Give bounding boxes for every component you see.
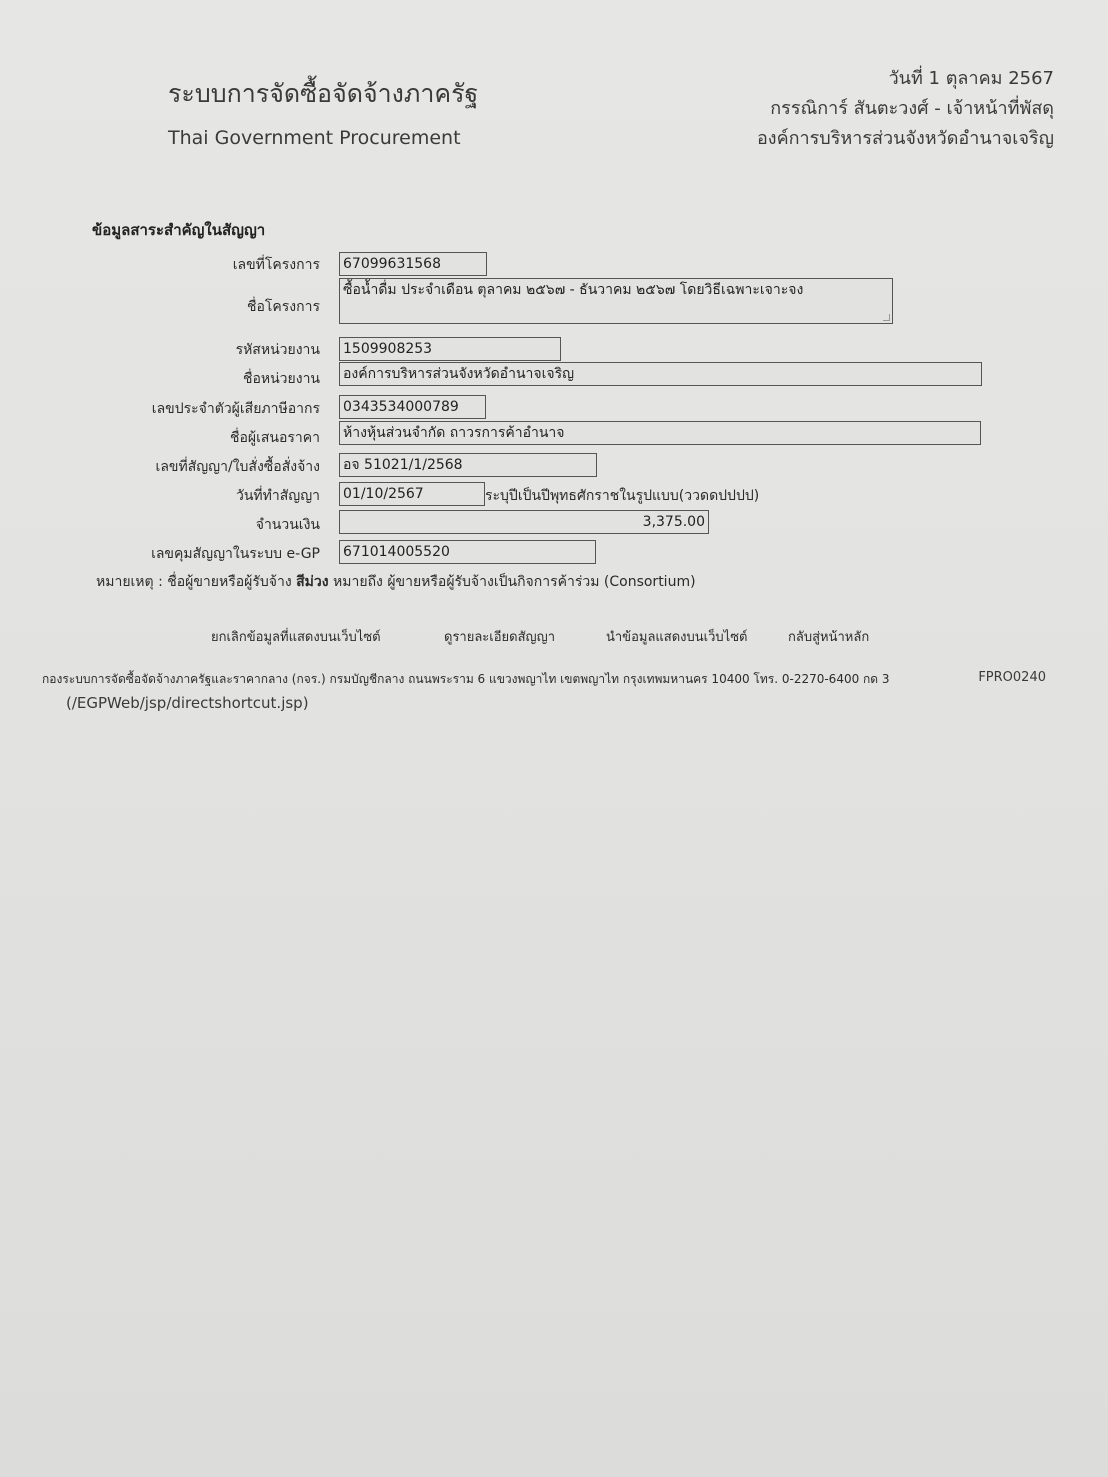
- note-suffix: หมายถึง ผู้ขายหรือผู้รับจ้างเป็นกิจการค้…: [329, 574, 696, 590]
- header-date: วันที่ 1 ตุลาคม 2567: [757, 64, 1054, 94]
- amount-label: จำนวนเงิน: [60, 514, 320, 536]
- system-title-th: ระบบการจัดซื้อจัดจ้างภาครัฐ: [168, 74, 478, 114]
- consortium-note: หมายเหตุ : ชื่อผู้ขายหรือผู้รับจ้าง สีม่…: [96, 571, 696, 593]
- note-prefix: หมายเหตุ : ชื่อผู้ขายหรือผู้รับจ้าง: [96, 574, 296, 590]
- contract-date-label: วันที่ทำสัญญา: [60, 485, 320, 507]
- contract-no-field[interactable]: อจ 51021/1/2568: [339, 453, 597, 477]
- bidder-name-field[interactable]: ห้างหุ้นส่วนจำกัด ถาวรการค้าอำนาจ: [339, 421, 981, 445]
- view-contract-details-link[interactable]: ดูรายละเอียดสัญญา: [444, 626, 555, 647]
- bidder-name-label: ชื่อผู้เสนอราคา: [60, 427, 320, 449]
- amount-field[interactable]: 3,375.00: [339, 510, 709, 534]
- contract-date-field[interactable]: 01/10/2567: [339, 482, 485, 506]
- egp-control-no-field[interactable]: 671014005520: [339, 540, 596, 564]
- egp-control-no-label: เลขคุมสัญญาในระบบ e-GP: [60, 543, 320, 565]
- contract-no-label: เลขที่สัญญา/ใบสั่งซื้อสั่งจ้าง: [60, 456, 320, 478]
- back-home-link[interactable]: กลับสู่หน้าหลัก: [788, 626, 869, 647]
- page-path: (/EGPWeb/jsp/directshortcut.jsp): [66, 694, 309, 712]
- section-title: ข้อมูลสาระสำคัญในสัญญา: [92, 218, 265, 242]
- contract-date-hint: ระบุปีเป็นปีพุทธศักราชในรูปแบบ(ววดดปปปป): [485, 485, 759, 507]
- system-title-en: Thai Government Procurement: [168, 127, 461, 149]
- project-no-field[interactable]: 67099631568: [339, 252, 487, 276]
- project-name-value: ซื้อน้ำดื่ม ประจำเดือน ตุลาคม ๒๕๖๗ - ธัน…: [343, 282, 803, 298]
- header-organization: องค์การบริหารส่วนจังหวัดอำนาจเจริญ: [757, 124, 1054, 154]
- footer-address: กองระบบการจัดซื้อจัดจ้างภาครัฐและราคากลา…: [42, 670, 890, 689]
- agency-code-label: รหัสหน่วยงาน: [60, 339, 320, 361]
- agency-name-field[interactable]: องค์การบริหารส่วนจังหวัดอำนาจเจริญ: [339, 362, 982, 386]
- project-no-label: เลขที่โครงการ: [60, 254, 320, 276]
- publish-to-website-link[interactable]: นำข้อมูลแสดงบนเว็บไซต์: [606, 626, 747, 647]
- tax-id-field[interactable]: 0343534000789: [339, 395, 486, 419]
- agency-code-field[interactable]: 1509908253: [339, 337, 561, 361]
- cancel-display-link[interactable]: ยกเลิกข้อมูลที่แสดงบนเว็บไซต์: [211, 626, 381, 647]
- project-name-label: ชื่อโครงการ: [60, 296, 320, 318]
- project-name-textarea[interactable]: ซื้อน้ำดื่ม ประจำเดือน ตุลาคม ๒๕๖๗ - ธัน…: [339, 278, 893, 324]
- tax-id-label: เลขประจำตัวผู้เสียภาษีอากร: [60, 398, 320, 420]
- agency-name-label: ชื่อหน่วยงาน: [60, 368, 320, 390]
- resize-handle-icon[interactable]: [883, 314, 890, 321]
- note-color-keyword: สีม่วง: [296, 574, 328, 590]
- header-user-info: วันที่ 1 ตุลาคม 2567 กรรณิการ์ สันตะวงศ์…: [757, 64, 1054, 154]
- page-code: FPRO0240: [978, 670, 1046, 685]
- header-user: กรรณิการ์ สันตะวงศ์ - เจ้าหน้าที่พัสดุ: [757, 94, 1054, 124]
